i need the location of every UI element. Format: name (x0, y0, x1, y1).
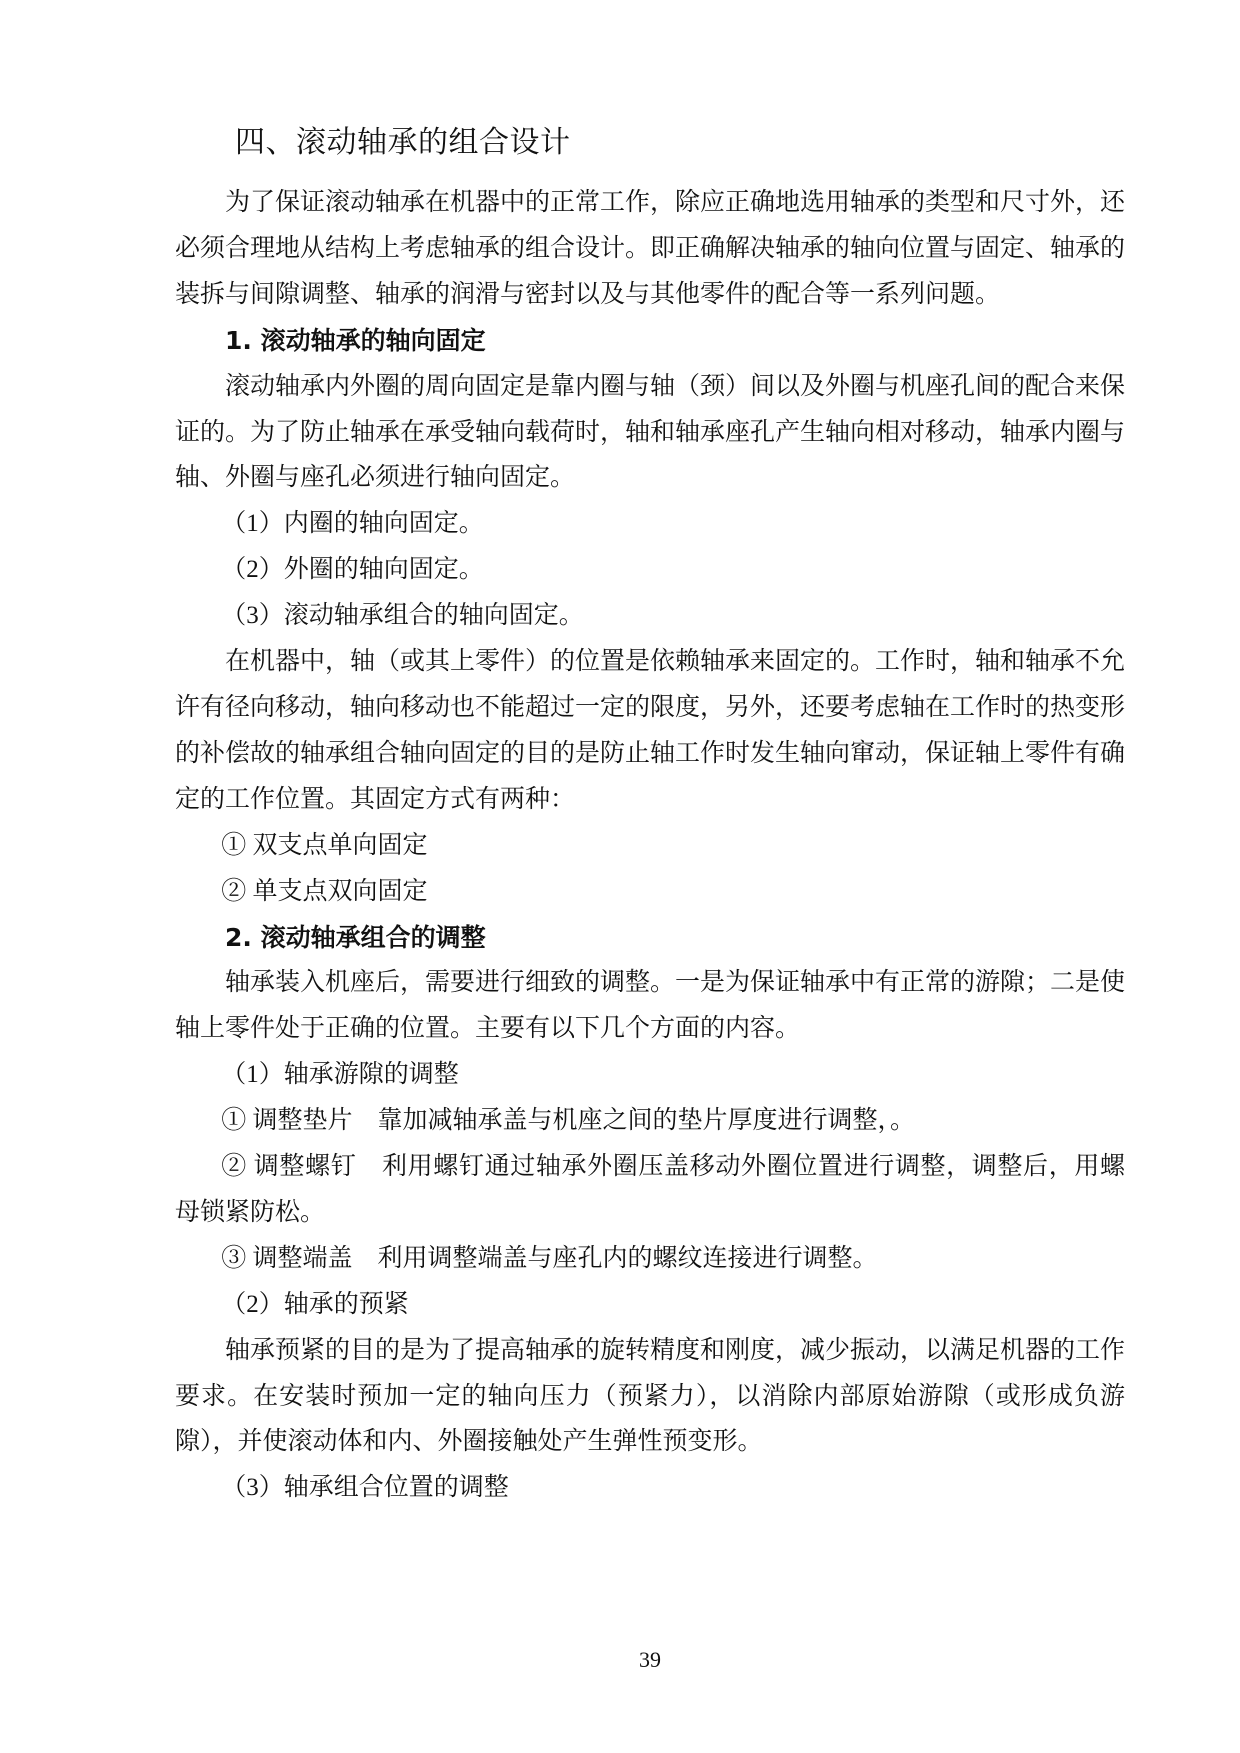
heading-adjustment: 2. 滚动轴承组合的调整 (175, 915, 1125, 961)
list-item-fix-method-1: ① 双支点单向固定 (175, 823, 1125, 869)
page-number: 39 (175, 1645, 1125, 1675)
paragraph-preload: 轴承预紧的目的是为了提高轴承的旋转精度和刚度，减少振动，以满足机器的工作要求。在… (175, 1328, 1125, 1466)
list-item-screw: ② 调整螺钉 利用螺钉通过轴承外圈压盖移动外圈位置进行调整，调整后，用螺母锁紧防… (175, 1144, 1125, 1236)
list-item-fix-method-2: ② 单支点双向固定 (175, 869, 1125, 915)
list-item-assembly: （3）滚动轴承组合的轴向固定。 (175, 593, 1125, 639)
section-title: 四、滚动轴承的组合设计 (175, 121, 1125, 165)
list-item-end-cover: ③ 调整端盖 利用调整端盖与座孔内的螺纹连接进行调整。 (175, 1236, 1125, 1282)
list-item-shim: ① 调整垫片 靠加减轴承盖与机座之间的垫片厚度进行调整，。 (175, 1098, 1125, 1144)
list-item-outer-ring: （2）外圈的轴向固定。 (175, 547, 1125, 593)
document-page: 四、滚动轴承的组合设计 为了保证滚动轴承在机器中的正常工作，除应正确地选用轴承的… (0, 0, 1240, 1753)
paragraph-adjust-intro: 轴承装入机座后，需要进行细致的调整。一是为保证轴承中有正常的游隙；二是使轴上零件… (175, 960, 1125, 1052)
paragraph-shaft-position: 在机器中，轴（或其上零件）的位置是依赖轴承来固定的。工作时，轴和轴承不允许有径向… (175, 639, 1125, 823)
list-item-preload: （2）轴承的预紧 (175, 1282, 1125, 1328)
page-content: 四、滚动轴承的组合设计 为了保证滚动轴承在机器中的正常工作，除应正确地选用轴承的… (175, 0, 1125, 1675)
list-item-inner-ring: （1）内圈的轴向固定。 (175, 501, 1125, 547)
paragraph-intro: 为了保证滚动轴承在机器中的正常工作，除应正确地选用轴承的类型和尺寸外，还必须合理… (175, 180, 1125, 318)
list-item-clearance: （1）轴承游隙的调整 (175, 1052, 1125, 1098)
list-item-position: （3）轴承组合位置的调整 (175, 1465, 1125, 1511)
heading-axial-fixation: 1. 滚动轴承的轴向固定 (175, 318, 1125, 364)
paragraph-fixation-intro: 滚动轴承内外圈的周向固定是靠内圈与轴（颈）间以及外圈与机座孔间的配合来保证的。为… (175, 364, 1125, 502)
